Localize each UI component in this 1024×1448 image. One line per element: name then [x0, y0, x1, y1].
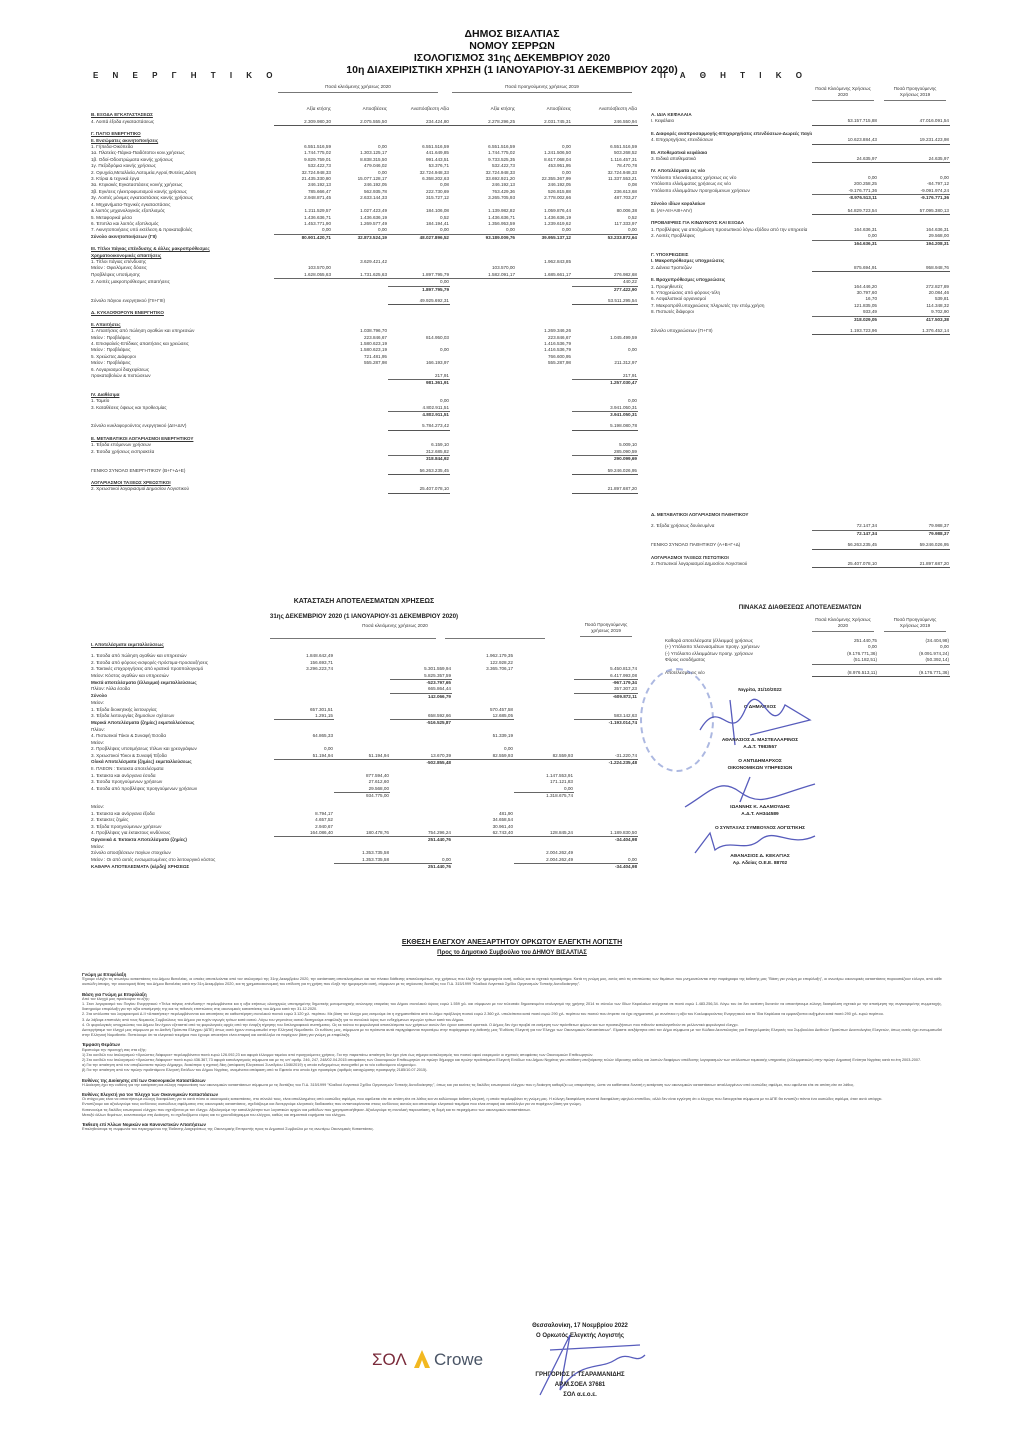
row-label	[90, 456, 274, 463]
row-value: 3.941.050,31	[572, 405, 638, 412]
row-label: Σύνολο ακινητοποιήσεων (ΓΙΙ)	[90, 234, 274, 241]
row-value: -502.855,48	[390, 759, 452, 766]
liab-head-2020: Ποσά Κλειόμενης Χρήσεως 2020	[812, 86, 874, 101]
row-value: 0,00	[514, 786, 574, 793]
row-label: 2. Πιστωτικοί λογαριασμοί Δημοσίου Λογισ…	[650, 561, 812, 568]
row-value: 0,00	[450, 227, 516, 234]
row-label: 4. Έσοδα από προβλέψεις προηγούμενων χρή…	[90, 786, 274, 793]
table-row: 2. Λοιπές Προβλέψεις0,0029.568,00	[650, 233, 950, 240]
row-value: 0,00	[332, 227, 388, 234]
table-row: 3. Καταθέσεις όψεως και προθεσμίας4.802.…	[90, 405, 638, 412]
table-row: Σύνολο ακινητοποιήσεων (ΓΙΙ)80.901.420,7…	[90, 234, 638, 241]
row-value: 10.623.884,43	[812, 137, 878, 144]
row-label: Προβλέψεις υποτίμησης	[90, 272, 274, 279]
row-value	[452, 864, 514, 871]
row-value: 53.511.295,54	[572, 298, 638, 305]
table-row: 318.844,92290.099,69	[90, 456, 638, 463]
row-value	[332, 468, 388, 475]
row-value: 80.901.420,71	[274, 234, 332, 241]
row-value	[274, 486, 332, 493]
row-value: 72.147,34	[812, 523, 878, 530]
row-value	[516, 380, 572, 387]
report-paragraph: Η Διοίκηση έχει την ευθύνη για την κατάρ…	[82, 1083, 942, 1088]
row-label: 4. Επιχορηγήσεις επενδύσεων	[650, 137, 812, 144]
row-label: 3. Ειδικά αποθεματικά	[650, 156, 812, 163]
row-value: 417.503,38	[878, 316, 950, 323]
row-value: -34.404,98	[574, 837, 638, 844]
row-value	[274, 449, 332, 456]
row-value: -523.797,65	[390, 680, 452, 687]
row-value	[332, 456, 388, 463]
row-value: -1.193.014,74	[574, 720, 638, 727]
liabilities-table: Α. ΙΔΙΑ ΚΕΦΑΛΑΙΑΙ. Κεφάλαιο53.157.715,88…	[650, 102, 950, 335]
row-value: 59.246.026,95	[572, 468, 638, 475]
table-row: 2. Έξοδα χρήσεως δουλευμένα72.147,3479.9…	[650, 523, 950, 530]
row-value	[332, 423, 388, 430]
row-value	[332, 380, 388, 387]
row-value	[274, 423, 332, 430]
row-value	[516, 423, 572, 430]
row-value	[334, 680, 390, 687]
row-value: 6.417.993,08	[574, 673, 638, 680]
income-title: ΚΑΤΑΣΤΑΣΗ ΑΠΟΤΕΛΕΣΜΑΤΩΝ ΧΡΗΣΕΩΣ	[90, 598, 638, 605]
report-paragraph: Μεταξύ άλλων θεμάτων, κοινοποιούμε στη Δ…	[82, 1113, 942, 1118]
row-value: 1.897.795,79	[388, 286, 450, 293]
table-row: Υπόλοιπο ελλειμμάτων προηγούμενων χρήσεω…	[650, 188, 950, 195]
row-value	[390, 792, 452, 799]
row-value	[274, 680, 334, 687]
row-label: Σύνολο πάγιου ενεργητικού (ΓΙΙ+ΓΙΙΙ)	[90, 298, 274, 305]
table-row: 4. Έσοδα από προβλέψεις προηγούμενων χρή…	[90, 786, 638, 793]
table-row: 2. Χρεωστικοί λογαριασμοί Δημοσίου Λογισ…	[90, 486, 638, 493]
row-label: ΓΕΝΙΚΟ ΣΥΝΟΛΟ ΠΑΘΗΤΙΚΟΥ (Α+Β+Γ+Δ)	[650, 542, 812, 549]
report-paragraph: Έχουμε ελέγξει τις ανωτέρω καταστάσεις τ…	[82, 977, 942, 987]
table-row: 4. Λοιπά έξοδα εγκαταστάσεως2.309.980,30…	[90, 119, 638, 126]
row-value	[274, 759, 334, 766]
row-value: 12.685,05	[452, 713, 514, 720]
row-value: 318.029,05	[812, 316, 878, 323]
row-value: 246.550,94	[572, 119, 638, 126]
row-value: 39.955.137,12	[516, 234, 572, 241]
table-row: 4. Επιχορηγήσεις επενδύσεων10.623.884,43…	[650, 137, 950, 144]
distribution-title: ΠΙΝΑΚΑΣ ΔΙΑΘΕΣΕΩΣ ΑΠΟΤΕΛΕΣΜΑΤΩΝ	[650, 604, 950, 611]
row-value: (50.392,14)	[878, 657, 950, 664]
table-row: Προβλέψεις υποτίμησης1.628.055,631.731.6…	[90, 272, 638, 279]
dist-head-2020: Ποσά Κλειόμενης Χρήσεως 2020	[812, 617, 874, 632]
table-row: Φόρος εισοδήματος(51.182,51)(50.392,14)	[664, 657, 950, 664]
row-value: 290.099,69	[572, 456, 638, 463]
row-value: 1.193.723,96	[812, 328, 878, 335]
row-label: 2. Χρεωστικοί λογαριασμοί Δημοσίου Λογισ…	[90, 486, 274, 493]
row-value	[450, 449, 516, 456]
table-row: 934.775,001.318.675,74	[90, 792, 638, 799]
row-value	[516, 449, 572, 456]
table-row: 7. Ακινητοποιήσεις υπό εκτέλεση & προκατ…	[90, 227, 638, 234]
row-value: 9.702,90	[878, 309, 950, 316]
row-value	[274, 693, 334, 700]
row-value: -8.976.513,11	[812, 195, 878, 202]
row-value: 29.568,00	[334, 786, 390, 793]
row-label: Μείον: Κόστος αγαθών και υπηρεσιών	[90, 673, 274, 680]
row-label: Μικτά αποτελέσματα (έλλειμμα) εκμεταλλεύ…	[90, 680, 274, 687]
table-row: 4.802.911,513.941.050,31	[90, 412, 638, 419]
row-value: 2.031.745,31	[516, 119, 572, 126]
row-value: 79.988,37	[878, 523, 950, 530]
mayor-name: ΑΘΑΝΑΣΙΟΣ Δ. ΜΑΣΤΕΛΛΑΡΙΝΟΣ	[690, 737, 830, 744]
row-value: 2.309.980,30	[274, 119, 332, 126]
row-value	[452, 686, 514, 693]
row-label: 3. Έξοδα λειτουργίας δημοσίων σχέσεων	[90, 713, 274, 720]
row-value	[274, 286, 332, 293]
table-row: 2. Πιστωτικοί λογαριασμοί Δημοσίου Λογισ…	[650, 561, 950, 568]
row-value: 32.873.524,19	[332, 234, 388, 241]
row-value: 1.731.625,63	[332, 272, 388, 279]
row-label: Σύνολο κυκλοφορούντος ενεργητικού (ΔΙΙ+Δ…	[90, 423, 274, 430]
report-body: Γνώμη με ΕπιφύλαξηΈχουμε ελέγξει τις ανω…	[82, 968, 942, 1132]
row-value: 0,00	[390, 857, 452, 864]
row-label	[90, 380, 274, 387]
row-value: 583.142,63	[574, 713, 638, 720]
row-value	[334, 713, 390, 720]
table-row: 981.361,911.257.030,47	[90, 380, 638, 387]
row-label: Ολικά Αποτελέσματα (ζημίες) εκμεταλλεύσε…	[90, 759, 274, 766]
table-row: 3. Έξοδα λειτουργίας δημοσίων σχέσεων1.2…	[90, 713, 638, 720]
row-value: 93.189.009,76	[450, 234, 516, 241]
row-value: 47.016.091,54	[878, 118, 950, 125]
row-value: 1.291,15	[274, 713, 334, 720]
row-label: Φόρος εισοδήματος	[664, 657, 812, 664]
assets-head-2020: Ποσά κλειόμενης χρήσεως 2020	[278, 84, 438, 93]
row-value: -34.404,98	[574, 864, 638, 871]
report-paragraph: 2. Στα υπόλοιπα του λογαριασμού Δ.ΙΙ «Απ…	[82, 1012, 942, 1017]
table-row: 72.147,3479.988,37	[650, 530, 950, 537]
row-value	[514, 673, 574, 680]
row-value	[274, 864, 334, 871]
table-row: 1.897.795,79277.422,90	[90, 286, 638, 293]
row-label: 2. Δάνεια Τραπεζών	[650, 265, 812, 272]
row-value: 59.246.026,95	[878, 542, 950, 549]
row-label: Ι. Κεφάλαιο	[650, 118, 812, 125]
row-value: 72.147,34	[812, 530, 878, 537]
municipality-title: ΔΗΜΟΣ ΒΙΣΑΛΤΙΑΣ	[0, 28, 1024, 40]
table-row: 8. Πιστωτές διάφοροι933,499.702,90	[650, 309, 950, 316]
row-value: 2.278.296,25	[450, 119, 516, 126]
row-value	[274, 857, 334, 864]
assets-table: Αξία κτήσης Αποσβέσεις Αναπόσβεστη Αξία …	[90, 106, 638, 494]
row-value	[390, 786, 452, 793]
row-value: 25.407.078,10	[812, 561, 878, 568]
row-value	[274, 412, 332, 419]
row-value	[450, 486, 516, 493]
row-value: 29.568,00	[878, 233, 950, 240]
income-rule-2019	[445, 638, 545, 639]
row-value: 21.897.687,20	[878, 561, 950, 568]
row-value	[516, 286, 572, 293]
row-value	[334, 837, 390, 844]
row-value	[452, 673, 514, 680]
row-value: 180.478,76	[334, 830, 390, 837]
row-value	[274, 373, 332, 380]
row-value	[514, 713, 574, 720]
row-value	[334, 686, 390, 693]
row-value: 1.353.735,58	[334, 857, 390, 864]
row-value	[274, 468, 332, 475]
row-label	[90, 412, 274, 419]
row-value	[452, 693, 514, 700]
row-value	[332, 486, 388, 493]
row-value: -9.091.974,24	[878, 188, 950, 195]
row-value: 234.424,80	[388, 119, 450, 126]
row-value: (51.182,51)	[812, 657, 878, 664]
row-label	[650, 195, 812, 202]
table-row: 3γ. Λοιπές μόνιμες εγκαταστάσεις κοινής …	[90, 195, 638, 201]
row-label: 3. Καταθέσεις όψεως και προθεσμίας	[90, 405, 274, 412]
table-row: -8.976.513,11-9.176.771,36	[650, 195, 950, 202]
deputy-id: Α.Δ.Τ. ΑΗ344589	[690, 811, 830, 818]
row-label: 4. Προβλέψεις για έκτακτους κινδύνους	[90, 830, 274, 837]
row-value: 51.194,94	[334, 753, 390, 760]
row-value	[450, 286, 516, 293]
table-row: 4. Προβλέψεις για έκτακτους κινδύνους164…	[90, 830, 638, 837]
accountant-id: Αρ. Αδείας Ο.Ε.Ε. 88702	[690, 860, 830, 867]
row-value: 440,22	[572, 279, 638, 286]
table-row: Αποτέλεσμα εις νέο(8.976.513,11)(9.176.7…	[664, 670, 950, 677]
row-value: 357.307,23	[574, 686, 638, 693]
row-value: 0,00	[274, 227, 332, 234]
row-label: Μερικά Αποτελέσματα (ζημίες) εκμεταλλεύσ…	[90, 720, 274, 727]
income-subtitle: 31ης ΔΕΚΕΜΒΡΙΟΥ 2020 (1 ΙΑΝΟΥΑΡΙΟΥ-31 ΔΕ…	[90, 613, 638, 620]
row-value	[450, 380, 516, 387]
auditor-place-date: Θεσσαλονίκη, 17 Νοεμβρίου 2022	[500, 1323, 660, 1330]
logo-sol: ΣΟΛ	[372, 1350, 407, 1370]
row-value	[332, 412, 388, 419]
row-value	[450, 456, 516, 463]
row-value	[274, 298, 332, 305]
row-value: -31.220,74	[574, 753, 638, 760]
row-value: 79.988,37	[878, 530, 950, 537]
liab-head-2019: Ποσά Προηγούμενης Χρήσεως 2019	[884, 86, 946, 101]
row-value: -9.176.771,36	[812, 188, 878, 195]
row-value	[516, 486, 572, 493]
row-label	[650, 530, 812, 537]
row-value	[274, 720, 334, 727]
row-value	[516, 298, 572, 305]
row-value	[274, 673, 334, 680]
row-value	[452, 759, 514, 766]
row-value: 0,00	[388, 279, 450, 286]
table-row: Σύνολο κυκλοφορούντος ενεργητικού (ΔΙΙ+Δ…	[90, 423, 638, 430]
logo-crowe: Crowe	[434, 1350, 483, 1370]
row-value: 1.582.091,17	[450, 272, 516, 279]
row-value: 3.941.050,31	[572, 412, 638, 419]
row-value	[334, 720, 390, 727]
row-value: 0,00	[388, 227, 450, 234]
report-paragraph: Επαληθεύσαμε τη συμφωνία του περιεχομένο…	[82, 1127, 942, 1132]
row-label: 4. Λοιπά έξοδα εγκαταστάσεως	[90, 119, 274, 126]
report-paragraph: Διενεργήσαμε τον έλεγχό μας σύμφωνα με τ…	[82, 1028, 942, 1038]
row-value: 128.845,24	[514, 830, 574, 837]
table-row: ΚΑΘΑΡΑ ΑΠΟΤΕΛΕΣΜΑΤΑ (κέρδη) ΧΡΗΣΕΩΣ251.4…	[90, 864, 638, 871]
row-label: προκαταβολών & πιστώσεων	[90, 373, 274, 380]
row-label: ΓΕΝΙΚΟ ΣΥΝΟΛΟ ΕΝΕΡΓΗΤΙΚΟΥ (Β+Γ+Δ+Ε)	[90, 468, 274, 475]
liabilities-heading: Π Α Θ Η Τ Ι Κ Ο	[660, 71, 808, 80]
row-value: 1.376.452,14	[878, 328, 950, 335]
row-label: ΚΑΘΑΡΑ ΑΠΟΤΕΛΕΣΜΑΤΑ (κέρδη) ΧΡΗΣΕΩΣ	[90, 864, 274, 871]
row-value	[450, 423, 516, 430]
row-value	[274, 792, 334, 799]
row-value: 665.864,44	[390, 686, 452, 693]
report-paragraph: β) Για την απαίτηση από τον πρώην προϊστ…	[82, 1068, 942, 1073]
row-value	[334, 759, 390, 766]
row-value: 276.982,68	[572, 272, 638, 279]
balance-sheet-title: ΙΣΟΛΟΓΙΣΜΟΣ 31ης ΔΕΚΕΜΒΡΙΟΥ 2020	[0, 52, 1024, 64]
row-value: 318.844,92	[388, 456, 450, 463]
row-value: -516.525,87	[390, 720, 452, 727]
row-value	[274, 786, 334, 793]
row-value: 13.670,39	[390, 753, 452, 760]
table-row: Πλέον: Άλλα έσοδα665.864,44357.307,23	[90, 686, 638, 693]
row-label: Οργανικά & Έκτακτα Αποτελέσματα (ζημίες)	[90, 837, 274, 844]
row-label: 8. Πιστωτές διάφοροι	[650, 309, 812, 316]
row-value: 0,00	[572, 227, 638, 234]
row-value: 54.829.723,54	[812, 208, 878, 215]
row-value: -1.224.235,48	[574, 759, 638, 766]
row-value: 194.208,31	[878, 240, 950, 247]
distribution-table: Καθαρά αποτελέσματα (έλλειμμα) χρήσεως25…	[664, 638, 950, 677]
row-label: 3. Χρεωστικοί Τόκοι & Συναφή Έξοδα	[90, 753, 274, 760]
income-table: Ι. Αποτελέσματα εκμεταλλεύσεως1. Έσοδα α…	[90, 642, 638, 870]
row-value	[452, 792, 514, 799]
table-row: Σύνολο πάγιου ενεργητικού (ΓΙΙ+ΓΙΙΙ)49.9…	[90, 298, 638, 305]
row-label: 7. Ακινητοποιήσεις υπό εκτέλεση & προκατ…	[90, 227, 274, 234]
row-value	[332, 286, 388, 293]
row-value	[452, 857, 514, 864]
row-value	[516, 405, 572, 412]
row-value: 875.694,91	[812, 265, 878, 272]
prefecture-title: ΝΟΜΟΥ ΣΕΡΡΩΝ	[0, 40, 1024, 52]
report-paragraph: 1. Στον λογαριασμό του Παγίου Ενεργητικο…	[82, 1002, 942, 1012]
row-value	[514, 720, 574, 727]
row-value	[332, 298, 388, 305]
deputy-sub: ΟΙΚΟΝΟΜΙΚΩΝ ΥΠΗΡΕΣΙΩΝ	[690, 765, 830, 772]
table-row: 1. Απαιτήσεις από πώληση αγαθών και υπηρ…	[90, 328, 638, 334]
row-value	[332, 405, 388, 412]
row-value	[334, 693, 390, 700]
row-value: 1.318.675,74	[514, 792, 574, 799]
row-value: 56.263.235,45	[812, 542, 878, 549]
row-value: 19.231.423,98	[878, 137, 950, 144]
row-value: -967.179,34	[574, 680, 638, 687]
row-label: 2. Έσοδα χρήσεως εισπρακτέα	[90, 449, 274, 456]
deputy-title: Ο ΑΝΤΙΔΗΜΑΡΧΟΣ	[690, 758, 830, 765]
mayor-id: Α.Δ.Τ. Τ983557	[690, 744, 830, 751]
row-value: 933,49	[812, 309, 878, 316]
crowe-mark-icon	[414, 1350, 430, 1368]
row-value	[514, 759, 574, 766]
row-label: Πλέον: Άλλα έσοδα	[90, 686, 274, 693]
row-value: 25.407.078,10	[388, 486, 450, 493]
deputy-name: ΙΩΑΝΝΗΣ Κ. ΑΔΑΜΟΥΔΗΣ	[690, 804, 830, 811]
row-value	[452, 680, 514, 687]
row-value	[516, 456, 572, 463]
row-value: -609.872,11	[574, 693, 638, 700]
row-value: (9.176.771,36)	[878, 670, 950, 677]
row-value: 82.559,93	[514, 753, 574, 760]
row-value: 5.825.357,59	[390, 673, 452, 680]
row-value: 1.257.030,47	[572, 380, 638, 387]
row-value	[452, 720, 514, 727]
row-value: 1.897.795,79	[388, 272, 450, 279]
row-value: 48.027.896,52	[388, 234, 450, 241]
row-value: 251.440,76	[390, 864, 452, 871]
accountant-name: ΑΘΑΝΑΣΙΟΣ Δ. ΚΕΚΑΓΙΑΣ	[690, 853, 830, 860]
table-row: 3α. Κτιριακές Εγκαταστάσεις κοινής χρήσε…	[90, 182, 638, 188]
table-row: Οργανικά & Έκτακτα Αποτελέσματα (ζημίες)…	[90, 837, 638, 844]
table-row: 1α. Πλατείες-Πάρκα-Παιδότοποι κοιν.χρήσε…	[90, 150, 638, 156]
row-value	[450, 412, 516, 419]
row-value: 285.090,59	[572, 449, 638, 456]
row-value: 2.004.262,49	[514, 857, 574, 864]
row-value	[332, 279, 388, 286]
row-value: 1.189.830,50	[574, 830, 638, 837]
row-value: 2.075.555,50	[332, 119, 388, 126]
row-value: 658.592,66	[390, 713, 452, 720]
row-value	[274, 837, 334, 844]
table-row: 2. Έσοδα χρήσεως εισπρακτέα312.685,82285…	[90, 449, 638, 456]
dist-head-2019: Ποσά Προηγούμενης Χρήσεως 2019	[884, 617, 946, 632]
row-value: 24.635,97	[812, 156, 878, 163]
row-value: -9.176.771,36	[878, 195, 950, 202]
row-value: 934.775,00	[334, 792, 390, 799]
row-value: 56.263.235,45	[388, 468, 450, 475]
row-value: 53.157.715,88	[812, 118, 878, 125]
row-value	[516, 373, 572, 380]
row-value: 142.066,79	[390, 693, 452, 700]
row-value	[332, 373, 388, 380]
row-value: 49.925.692,31	[388, 298, 450, 305]
row-value	[452, 786, 514, 793]
row-value: 82.559,93	[452, 753, 514, 760]
row-value: 0,00	[516, 227, 572, 234]
row-label: 2. Έξοδα χρήσεως δουλευμένα	[650, 523, 812, 530]
row-label	[90, 286, 274, 293]
row-value	[514, 837, 574, 844]
income-head-2019: Ποσά Προηγούμενης χρήσεως 2019	[580, 622, 632, 637]
row-label: 2. Λοιπές Προβλέψεις	[650, 233, 812, 240]
table-row: Μερικά Αποτελέσματα (ζημίες) εκμεταλλεύσ…	[90, 720, 638, 727]
table-row: 3. Ειδικά αποθεματικά24.635,9724.635,97	[650, 156, 950, 163]
row-value: 164.636,31	[812, 240, 878, 247]
income-head-2020: Ποσά κλειόμενης χρήσεως 2020	[355, 623, 435, 631]
row-value: 51.194,94	[274, 753, 334, 760]
table-row: Σύνολο υποχρεώσεων (ΓΙ+ΓΙΙ)1.193.723,961…	[650, 328, 950, 335]
row-label	[90, 792, 274, 799]
row-value	[274, 279, 332, 286]
liabilities-lower-wrap: Δ. ΜΕΤΑΒΑΤΙΚΟΙ ΛΟΓΑΡΙΑΣΜΟΙ ΠΑΘΗΤΙΚΟΥ2. Έ…	[650, 512, 950, 568]
row-value	[574, 792, 638, 799]
row-value: 251.440,76	[390, 837, 452, 844]
row-value	[516, 412, 572, 419]
row-value	[450, 468, 516, 475]
income-rule-2020	[270, 638, 436, 639]
liabilities-table-wrap: Α. ΙΔΙΑ ΚΕΦΑΛΑΙΑΙ. Κεφάλαιο53.157.715,88…	[650, 102, 950, 335]
row-value: 24.635,97	[878, 156, 950, 163]
row-value: 62.743,40	[452, 830, 514, 837]
row-value	[274, 456, 332, 463]
row-value	[452, 837, 514, 844]
row-value	[514, 864, 574, 871]
row-value: 958.948,76	[878, 265, 950, 272]
